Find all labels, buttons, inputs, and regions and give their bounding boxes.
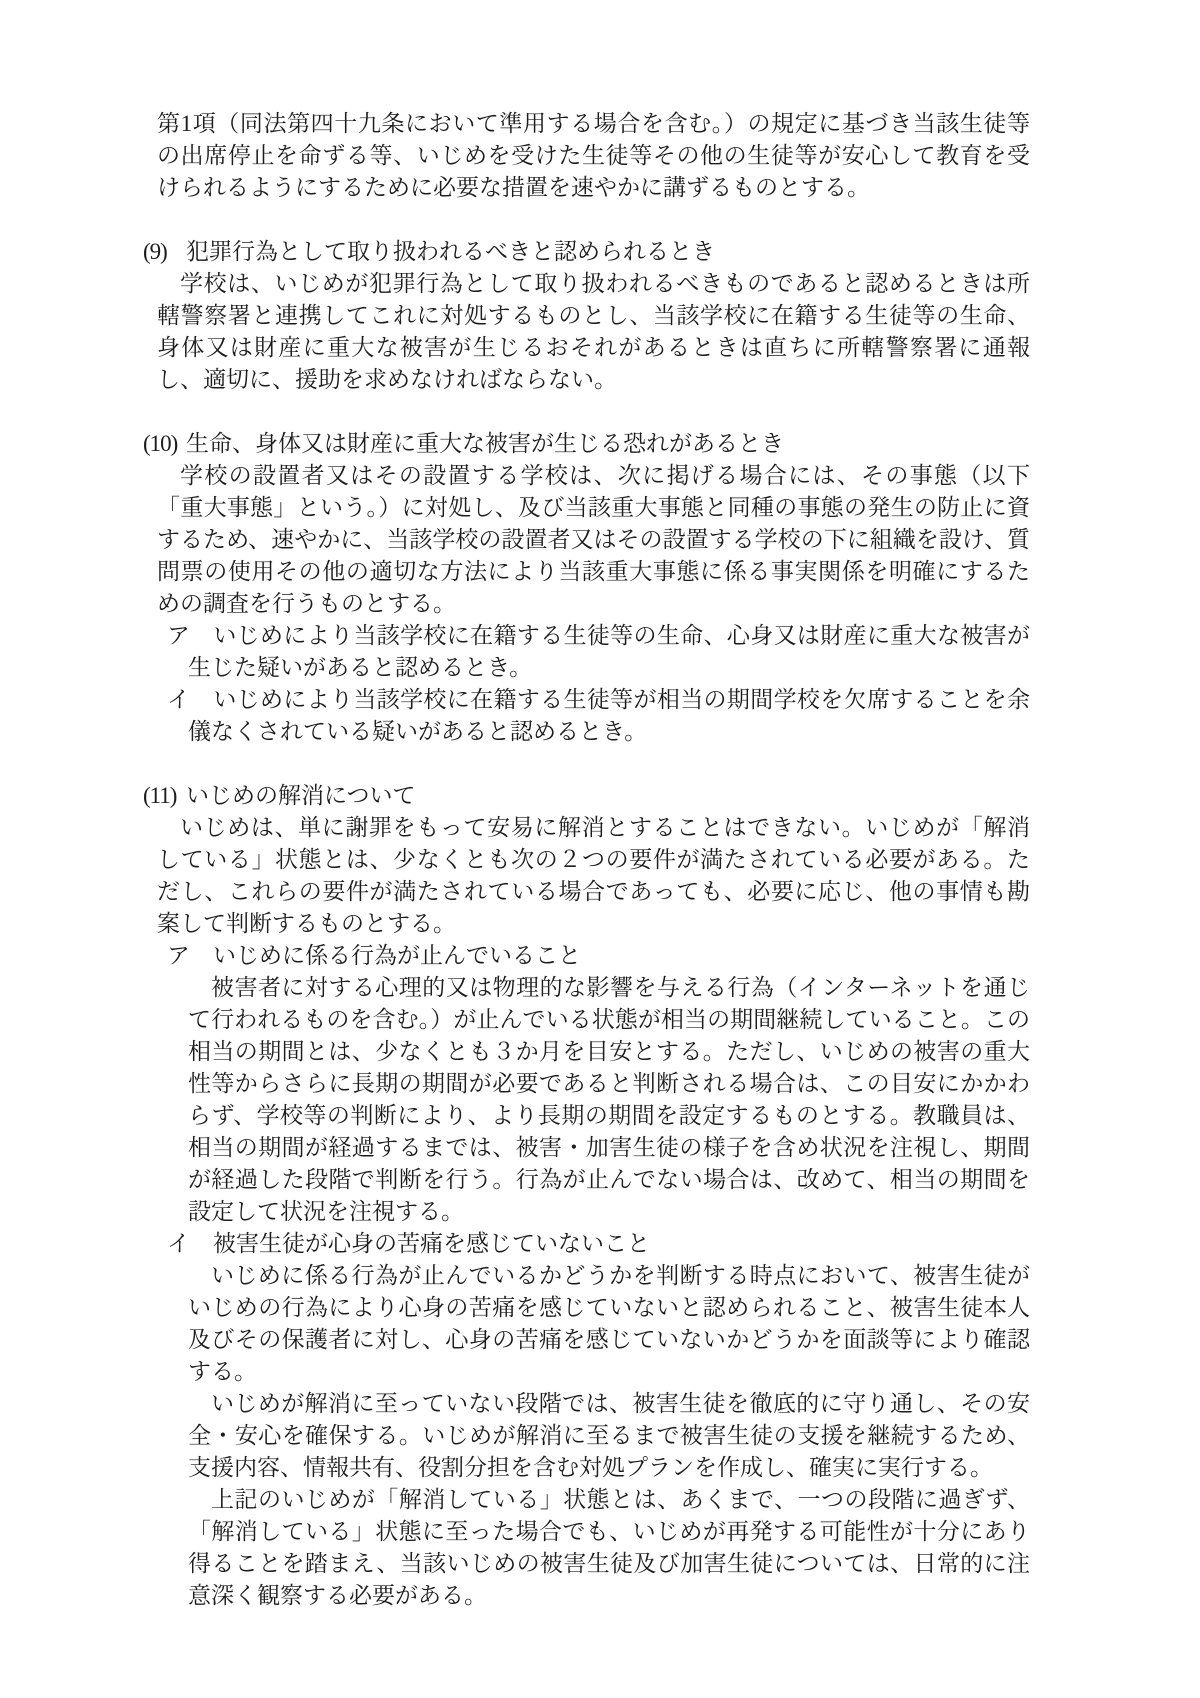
subitem-a-title: いじめに係る行為が止んでいること (213, 943, 581, 968)
item-9-title: 犯罪行為として取り扱われるべきと認められるとき (186, 239, 715, 264)
list-item-11: (11)いじめの解消について いじめは、単に謝罪をもって安易に解消とすることはで… (157, 780, 1030, 1612)
item-9-paragraph: 学校は、いじめが犯罪行為として取り扱われるべきものであると認めるときは所轄警察署… (157, 268, 1030, 396)
document-page: 第1項（同法第四十九条において準用する場合を含む。）の規定に基づき当該生徒等の出… (0, 0, 1200, 1698)
list-item-9: (9)犯罪行為として取り扱われるべきと認められるとき 学校は、いじめが犯罪行為と… (157, 236, 1030, 396)
continuation-paragraph: 第1項（同法第四十九条において準用する場合を含む。）の規定に基づき当該生徒等の出… (157, 108, 1030, 204)
item-9-number: (9) (143, 236, 186, 268)
subitem-a-label: ア (167, 943, 190, 968)
item-10-title: 生命、身体又は財産に重大な被害が生じる恐れがあるとき (186, 431, 784, 456)
item-11-number: (11) (143, 780, 186, 812)
item-11-title: いじめの解消について (186, 783, 416, 808)
item-10-number: (10) (143, 428, 186, 460)
item-10-subitem-i: イいじめにより当該学校に在籍する生徒等が相当の期間学校を欠席することを余儀なくさ… (157, 684, 1030, 748)
subitem-i-paragraph-1: いじめに係る行為が止んでいるかどうかを判断する時点において、被害生徒がいじめの行… (157, 1260, 1030, 1388)
item-11-subitem-a: アいじめに係る行為が止んでいること (157, 940, 1030, 972)
item-9-heading: (9)犯罪行為として取り扱われるべきと認められるとき (157, 236, 1030, 268)
subitem-i-label: イ (167, 1231, 190, 1256)
item-11-paragraph: いじめは、単に謝罪をもって安易に解消とすることはできない。いじめが「解消している… (157, 812, 1030, 940)
item-10-heading: (10)生命、身体又は財産に重大な被害が生じる恐れがあるとき (157, 428, 1030, 460)
subitem-i-label: イ (167, 687, 190, 712)
subitem-i-paragraph-2: いじめが解消に至っていない段階では、被害生徒を徹底的に守り通し、その安全・安心を… (157, 1388, 1030, 1484)
item-11-heading: (11)いじめの解消について (157, 780, 1030, 812)
item-10-paragraph: 学校の設置者又はその設置する学校は、次に掲げる場合には、その事態（以下「重大事態… (157, 460, 1030, 620)
subitem-i-text: いじめにより当該学校に在籍する生徒等が相当の期間学校を欠席することを余儀なくされ… (188, 687, 1030, 744)
list-item-10: (10)生命、身体又は財産に重大な被害が生じる恐れがあるとき 学校の設置者又はそ… (157, 428, 1030, 748)
subitem-a-text: いじめにより当該学校に在籍する生徒等の生命、心身又は財産に重大な被害が生じた疑い… (188, 623, 1030, 680)
item-10-subitem-a: アいじめにより当該学校に在籍する生徒等の生命、心身又は財産に重大な被害が生じた疑… (157, 620, 1030, 684)
subitem-a-label: ア (167, 623, 190, 648)
subitem-i-paragraph-3: 上記のいじめが「解消している」状態とは、あくまで、一つの段階に過ぎず、「解消して… (157, 1484, 1030, 1612)
item-11-subitem-i: イ被害生徒が心身の苦痛を感じていないこと (157, 1228, 1030, 1260)
subitem-i-title: 被害生徒が心身の苦痛を感じていないこと (213, 1231, 650, 1256)
subitem-a-paragraph: 被害者に対する心理的又は物理的な影響を与える行為（インターネットを通じて行われる… (157, 972, 1030, 1228)
